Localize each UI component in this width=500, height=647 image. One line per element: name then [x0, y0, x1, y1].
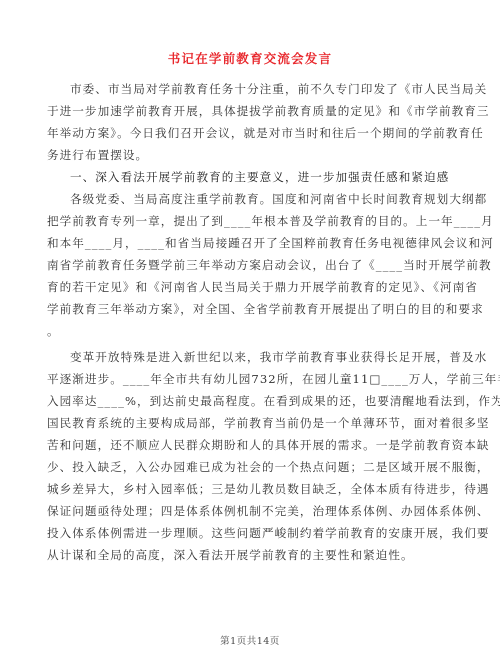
- paragraph-line: 保证问题亟待处理；四是体系体例机制不完美，治理体系体例、办园体系体例、: [47, 504, 467, 518]
- section-heading: 一、深入看法开展学前教育的主要意义，进一步加强责任感和紧迫感: [70, 170, 490, 184]
- paragraph-line: 学前教育三年举动方案》，对全国、全省学前教育开展提出了明白的目的和要求: [47, 302, 467, 316]
- paragraph-line: 投入体系体例需进一步理顺。这些问题严峻制约着学前教育的安康开展，我们要: [47, 526, 467, 540]
- paragraph-line: 国民教育系统的主要构成局部，学前教育当前仍是一个单薄环节，面对着很多坚: [47, 416, 467, 430]
- paragraph-line: 城乡差异大，乡村入园率低；三是幼儿教员数目缺乏，全体本质有待进步，待遇: [47, 482, 467, 496]
- paragraph-line: 育的若干定见》和《河南省人民当局关于鼎力开展学前教育的定见》、《河南省: [47, 280, 467, 294]
- paragraph-line: 苦和问题，还不顺应人民群众期盼和人的具体开展的需求。一是学前教育资本缺: [47, 438, 467, 452]
- paragraph-line: 于进一步加速学前教育开展，具体提拔学前教育质量的定见》和《市学前教育三: [47, 104, 467, 118]
- paragraph-line: 从计谋和全局的高度，深入看法开展学前教育的主要性和紧迫性。: [47, 548, 467, 562]
- paragraph-line: 。: [47, 324, 467, 338]
- paragraph-line: 把学前教育专列一章，提出了到____年根本普及学前教育的目的。上一年____月: [47, 214, 467, 228]
- paragraph-line: 和本年____月，____和省当局接踵召开了全国粹前教育任务电视德律风会议和河: [47, 236, 467, 250]
- paragraph-line: 平逐渐进步。____年全市共有幼儿园732所，在园儿童11□____万人，学前三…: [47, 372, 467, 386]
- document-title: 书记在学前教育交流会发言: [0, 49, 500, 67]
- paragraph-line: 各级党委、当局高度注重学前教育。国度和河南省中长时间教育规划大纲都: [70, 192, 490, 206]
- paragraph-line: 市委、市当局对学前教育任务十分注重，前不久专门印发了《市人民当局关: [70, 82, 490, 96]
- paragraph-line: 南省学前教育任务暨学前三年举动方案启动会议，出台了《____当时开展学前教: [47, 258, 467, 272]
- page-number-footer: 第1页共14页: [0, 633, 500, 647]
- paragraph-line: 入园率达____%，到达前史最高程度。在看到成果的还，也要清醒地看法到，作为: [47, 394, 467, 408]
- paragraph-line: 务进行布置摆设。: [47, 148, 467, 162]
- document-page: 书记在学前教育交流会发言 市委、市当局对学前教育任务十分注重，前不久专门印发了《…: [0, 0, 500, 647]
- paragraph-line: 变革开放特殊是进入新世纪以来，我市学前教育事业获得长足开展，普及水: [70, 350, 490, 364]
- paragraph-line: 少、投入缺乏，入公办园难已成为社会的一个热点问题；二是区域开展不服衡，: [47, 460, 467, 474]
- paragraph-line: 年举动方案》。今日我们召开会议，就是对市当时和往后一个期间的学前教育任: [47, 126, 467, 140]
